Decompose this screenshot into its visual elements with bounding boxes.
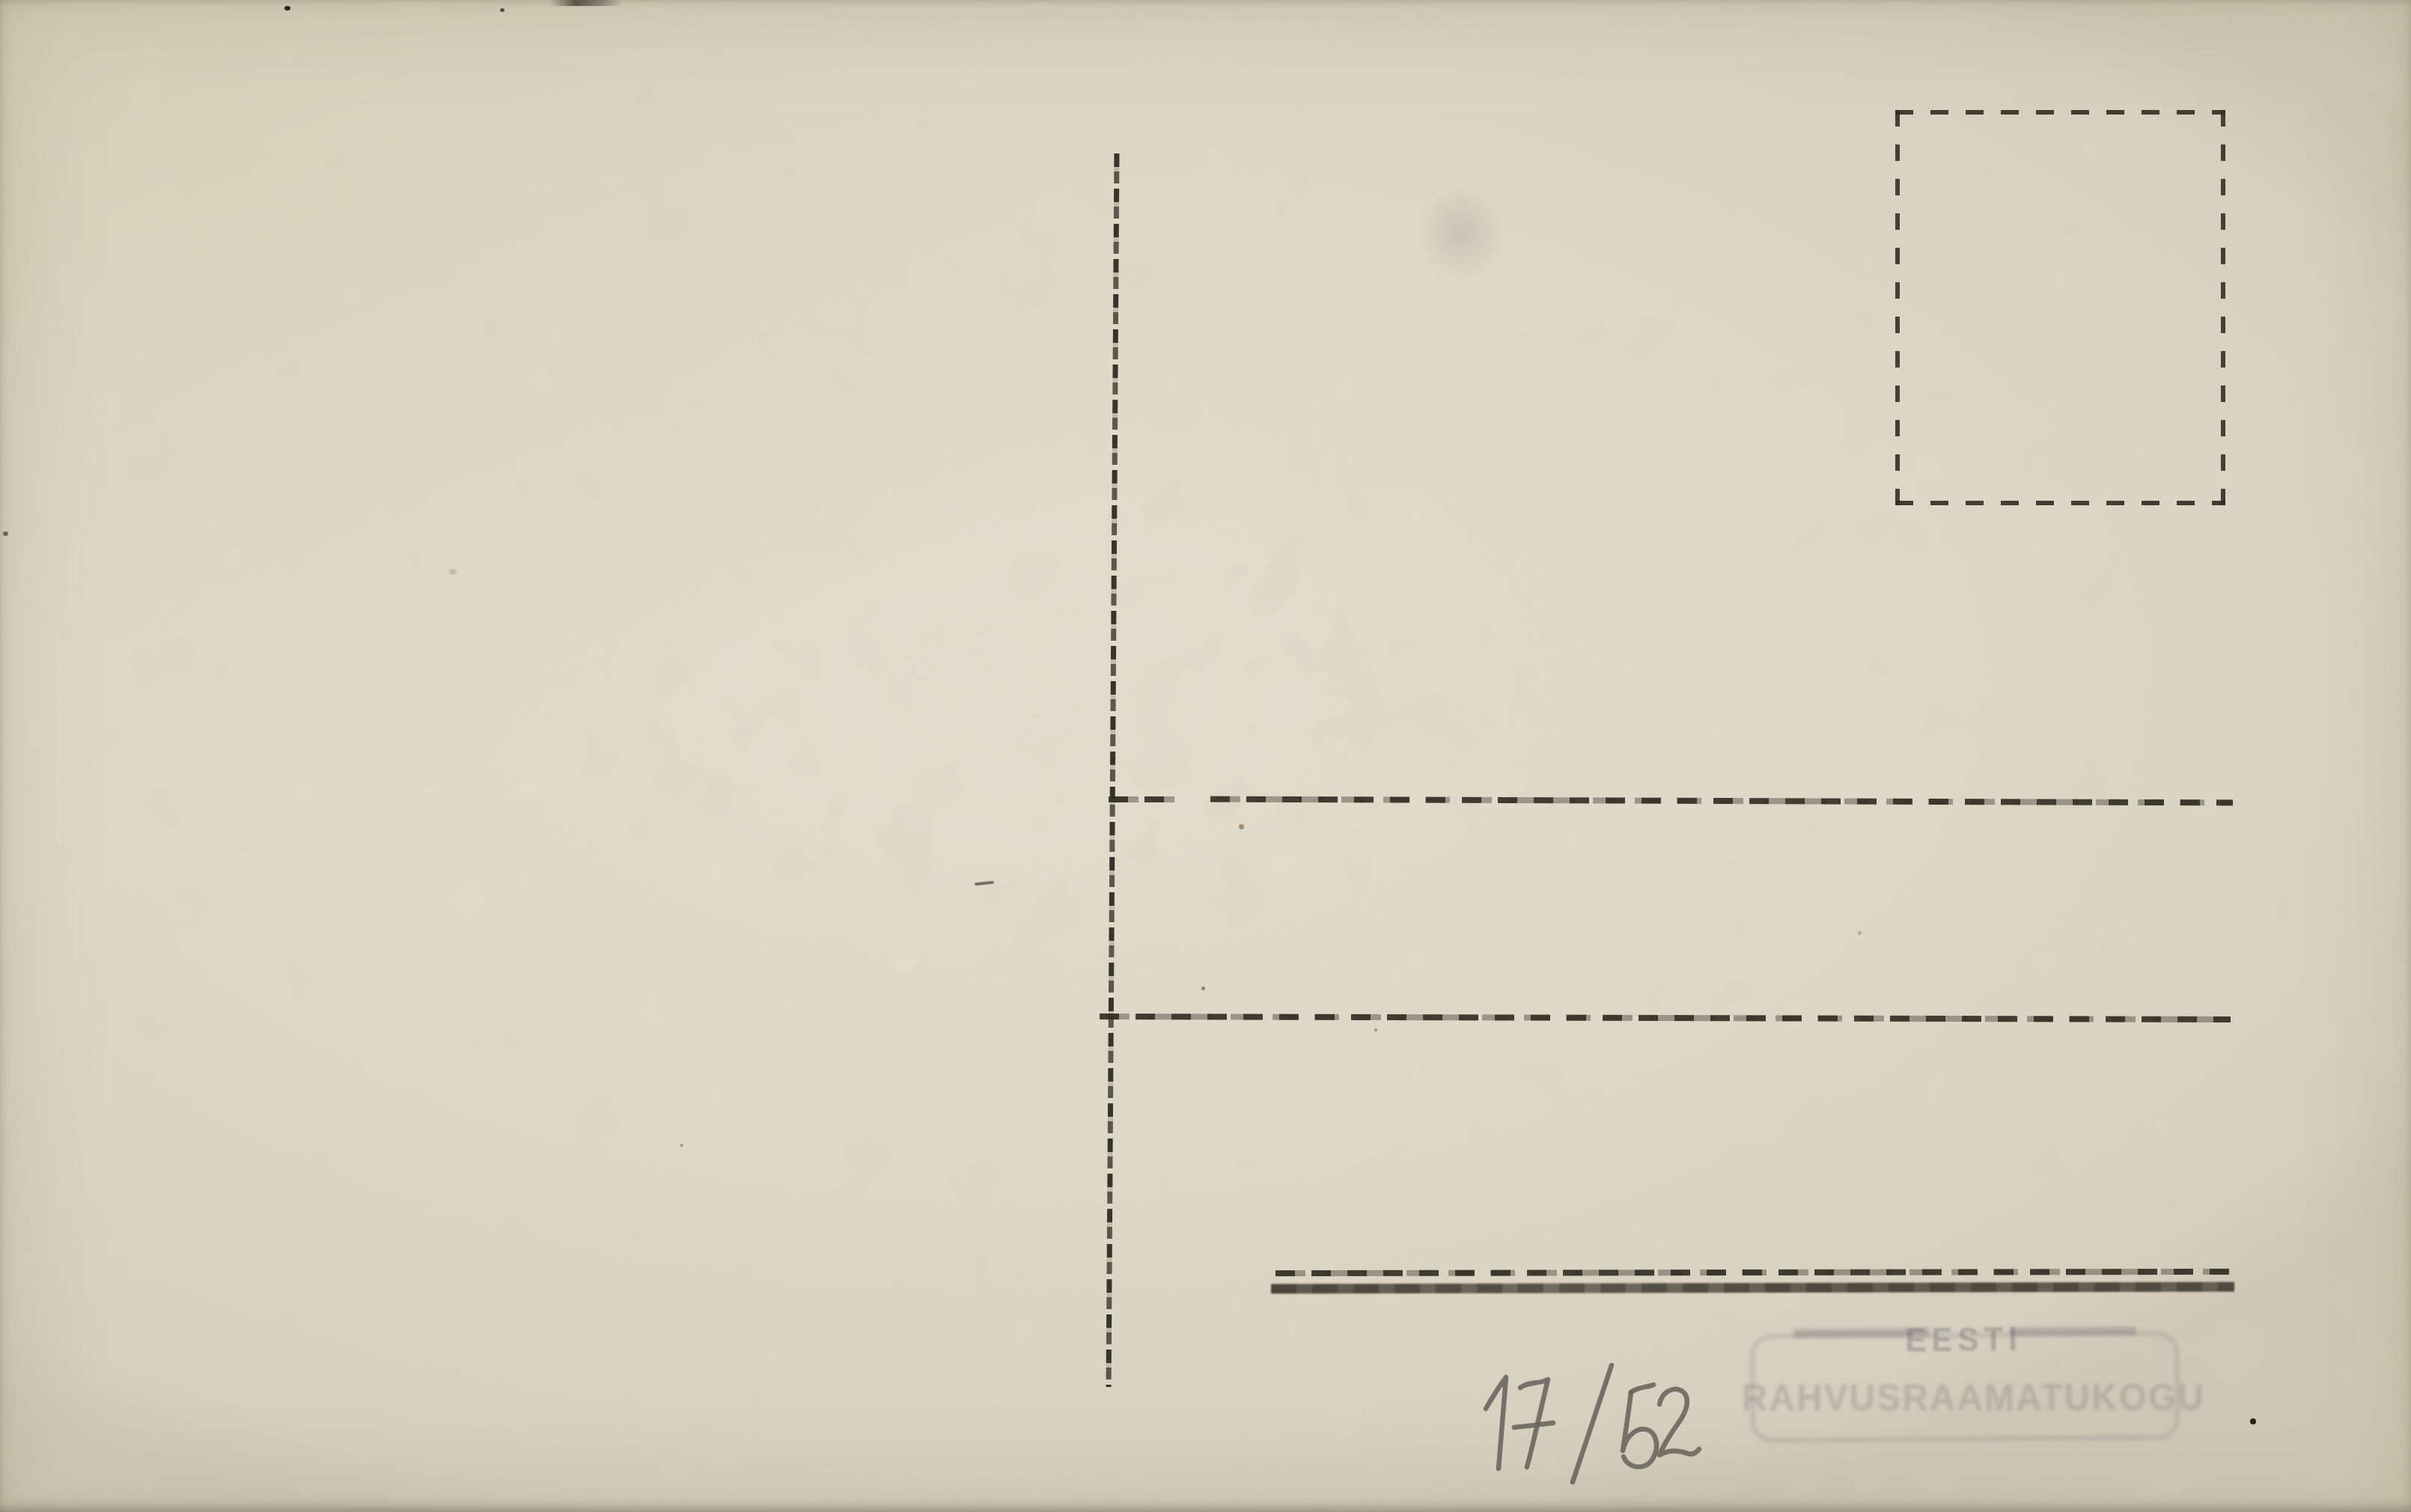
paper-speck [680, 1144, 683, 1147]
handwritten-number: 17/52 [1463, 1355, 1710, 1490]
paper-speck [284, 6, 290, 10]
divider-line [1106, 153, 1120, 1387]
paper-speck [1239, 824, 1244, 829]
handwritten-number-label: 17/52 [1463, 1490, 1464, 1490]
address-line-1 [1210, 796, 2233, 806]
stamp-box-left-edge [1895, 110, 1900, 505]
pencil-stroke-7-crossbar [1514, 1423, 1553, 1427]
library-stamp-line2: RAHVUSRAAMATUKOGU [1742, 1375, 2187, 1420]
paper-speck [3, 531, 8, 536]
pencil-stroke-5-flag [1631, 1385, 1653, 1392]
postcard-back: EESTI RAHVUSRAAMATUKOGU 17/52 [0, 0, 2411, 1512]
stamp-box-bottom-edge [1895, 501, 2225, 505]
paper-speck [449, 569, 457, 575]
library-stamp: EESTI RAHVUSRAAMATUKOGU [1749, 1322, 2178, 1439]
address-line-2 [1100, 1013, 2231, 1022]
library-stamp-line1: EESTI [1749, 1320, 2177, 1360]
paper-speck [1858, 931, 1862, 935]
paper-speck [1201, 987, 1205, 990]
top-edge-smudge [550, 0, 621, 6]
stamp-box-top-edge [1895, 110, 2225, 115]
pencil-stroke-digit-1 [1486, 1377, 1506, 1469]
paper-speck [2250, 1418, 2256, 1424]
graphite-smudge [1418, 186, 1505, 279]
address-line-3-solid [1271, 1282, 2234, 1294]
address-line-1-stub [1109, 796, 1174, 802]
address-line-3-dashed [1275, 1269, 2231, 1276]
pencil-dash-mark [975, 881, 994, 886]
pencil-stroke-digit-5 [1623, 1392, 1656, 1467]
stamp-box-right-edge [2221, 110, 2225, 505]
pencil-stroke-slash [1573, 1365, 1612, 1482]
paper-speck [1374, 1028, 1377, 1031]
paper-speck [500, 8, 505, 12]
pencil-stroke-digit-2 [1659, 1389, 1699, 1455]
stamp-box [1895, 110, 2225, 505]
